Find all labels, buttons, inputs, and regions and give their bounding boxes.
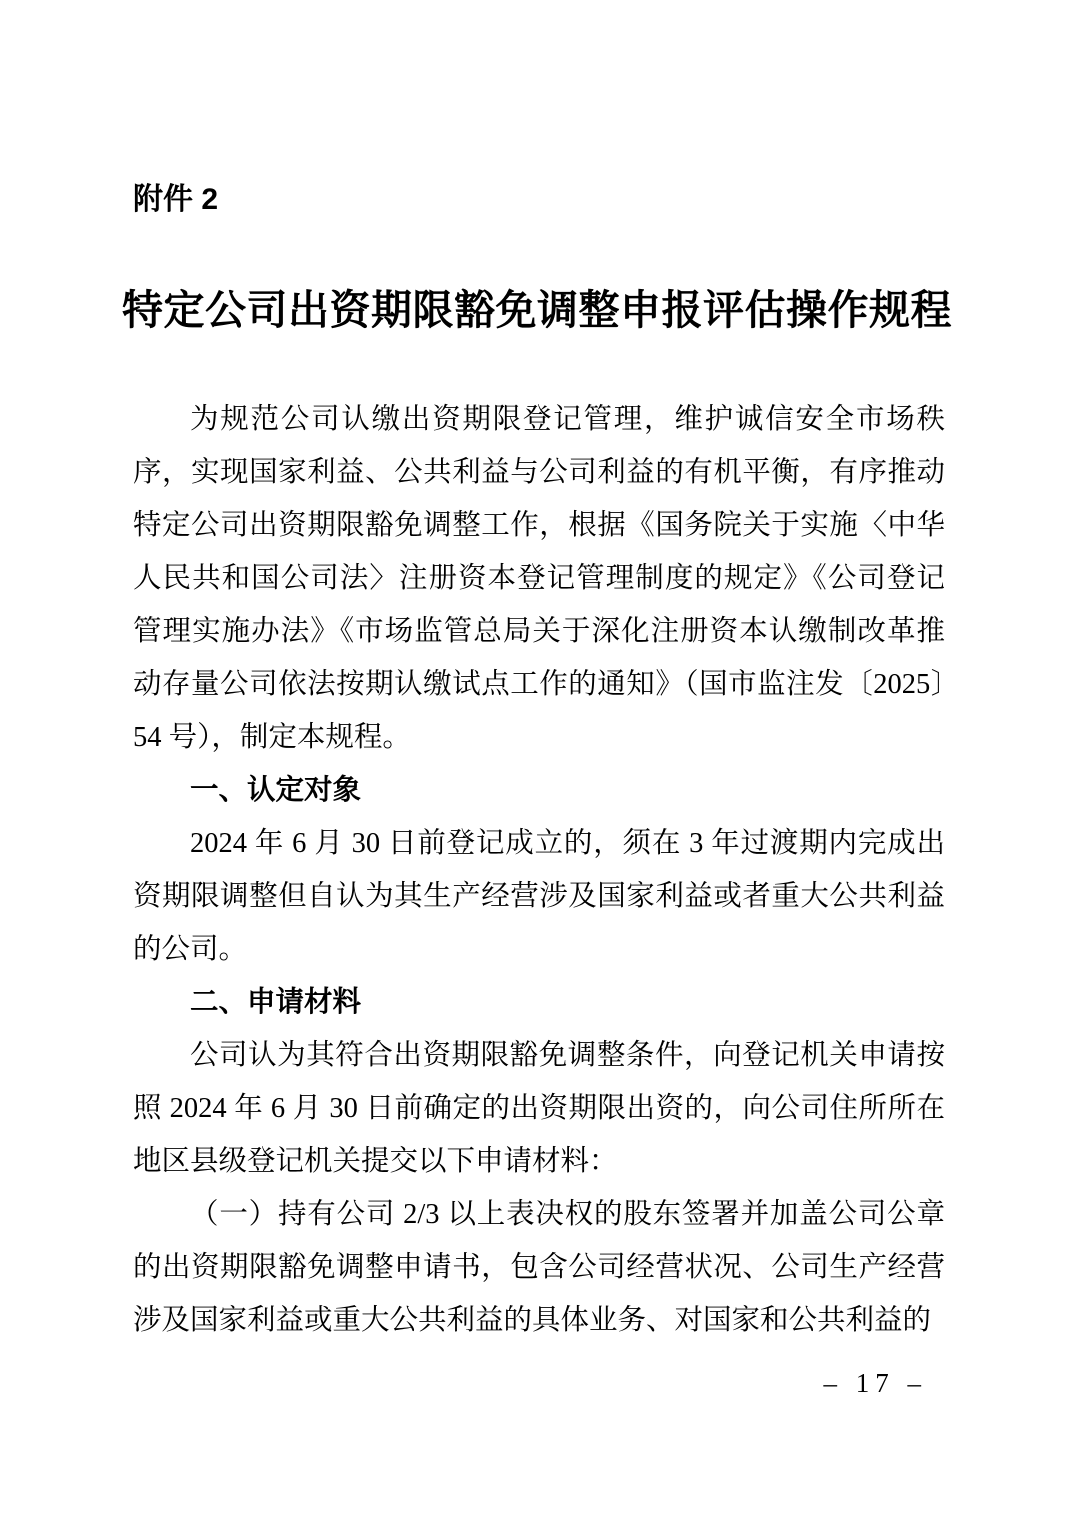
- body-paragraph: （一）持有公司 2/3 以上表决权的股东签署并加盖公司公章的出资期限豁免调整申请…: [133, 1188, 945, 1347]
- section-heading: 一、认定对象: [133, 764, 945, 817]
- section-heading: 二、申请材料: [133, 976, 945, 1029]
- body-paragraph: 公司认为其符合出资期限豁免调整条件，向登记机关申请按照 2024 年 6 月 3…: [133, 1029, 945, 1188]
- body-paragraph: 2024 年 6 月 30 日前登记成立的，须在 3 年过渡期内完成出资期限调整…: [133, 817, 945, 976]
- page-number: – 17 –: [824, 1366, 928, 1400]
- page-title: 特定公司出资期限豁免调整申报评估操作规程: [64, 284, 1010, 336]
- document-body: 为规范公司认缴出资期限登记管理，维护诚信安全市场秩序，实现国家利益、公共利益与公…: [133, 393, 945, 1347]
- document-page: 附件 2 特定公司出资期限豁免调整申报评估操作规程 为规范公司认缴出资期限登记管…: [0, 0, 1074, 1520]
- body-paragraph: 为规范公司认缴出资期限登记管理，维护诚信安全市场秩序，实现国家利益、公共利益与公…: [133, 393, 945, 764]
- attachment-label: 附件 2: [133, 182, 218, 218]
